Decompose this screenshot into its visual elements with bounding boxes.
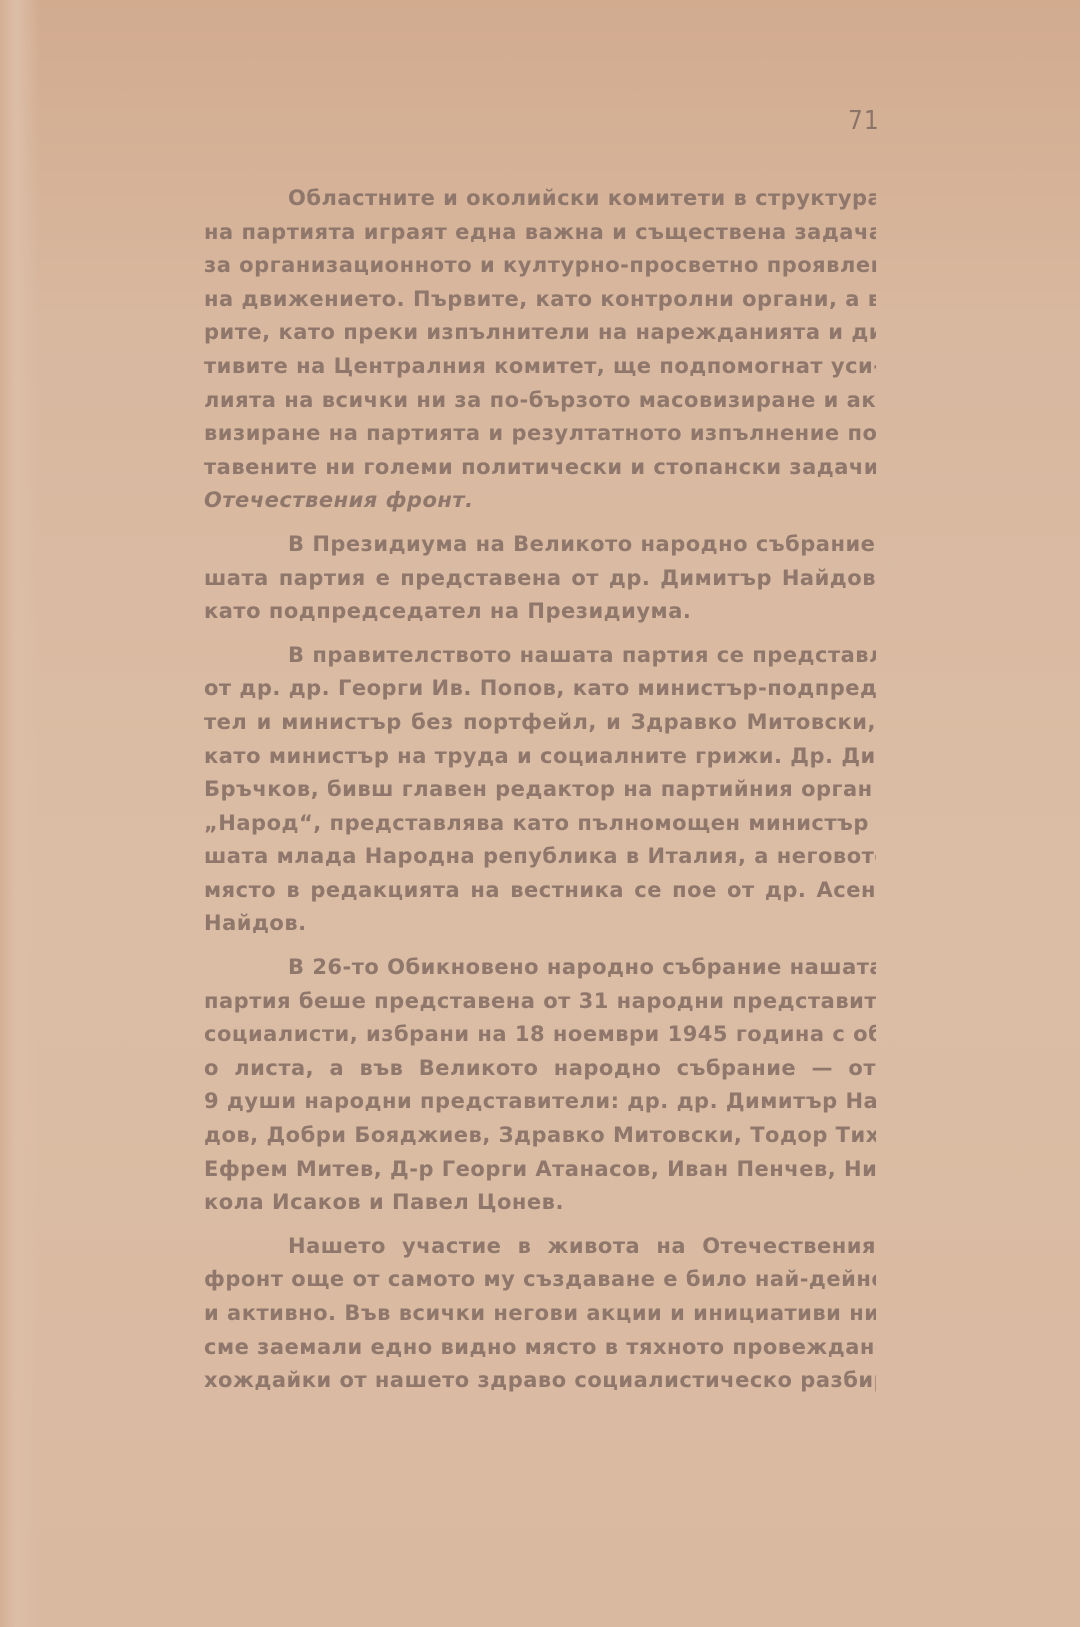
- text-line: на движението. Първите, като контролни о…: [120, 283, 876, 317]
- text-line: като подпредседател на Президиума.: [120, 595, 876, 629]
- text-line: тавените ни големи политически и стопанс…: [120, 451, 876, 485]
- text-line: Найдов.: [120, 907, 876, 941]
- text-line: място в редакцията на вестника се пое от…: [120, 874, 876, 908]
- text-line: дов, Добри Бояджиев, Здравко Митовски, Т…: [120, 1119, 876, 1153]
- text-line: Областните и околийски комитети в структ…: [120, 182, 876, 216]
- text-line: „Народ“, представлява като пълномощен ми…: [120, 807, 876, 841]
- text-line: рите, като преки изпълнители на нареждан…: [120, 316, 876, 350]
- text-line: визиране на партията и резултатното изпъ…: [120, 417, 876, 451]
- text-line: о листа, а във Великото народно събрание…: [120, 1052, 876, 1086]
- text-line: сме заемали едно видно място в тяхното п…: [120, 1331, 876, 1365]
- text-line: за организационното и културно-просветно…: [120, 249, 876, 283]
- text-line: Ефрем Митев, Д-р Георги Атанасов, Иван П…: [120, 1153, 876, 1187]
- paragraph-fatherland-front: Нашето участие в живота на Отечествения …: [120, 1230, 876, 1398]
- text-line: тивите на Централния комитет, ще подпомо…: [120, 350, 876, 384]
- text-line: и активно. Във всички негови акции и ини…: [120, 1297, 876, 1331]
- text-line: шата партия е представена от др. Димитър…: [120, 562, 876, 596]
- text-line: хождайки от нашето здраво социалистическ…: [120, 1364, 876, 1398]
- text-line: партия беше представена от 31 народни пр…: [120, 985, 876, 1019]
- text-line: 9 души народни представители: др. др. Ди…: [120, 1085, 876, 1119]
- text-line-italic: Отечествения фронт.: [120, 484, 876, 518]
- text-line: от др. др. Георги Ив. Попов, като минист…: [120, 672, 876, 706]
- text-line: на партията играят една важна и съществе…: [120, 216, 876, 250]
- text-line: В Президиума на Великото народно събрани…: [120, 528, 876, 562]
- text-line: В правителството нашата партия се предст…: [120, 639, 876, 673]
- page-number: 71: [848, 106, 880, 136]
- page-edge-shadow: [0, 0, 40, 1627]
- text-line: шата млада Народна република в Италия, а…: [120, 840, 876, 874]
- paragraph-national-assembly: В 26-то Обикновено народно събрание наша…: [120, 951, 876, 1220]
- text-line: В 26-то Обикновено народно събрание наша…: [120, 951, 876, 985]
- text-line: социалисти, избрани на 18 ноември 1945 г…: [120, 1018, 876, 1052]
- text-line: фронт още от самото му създаване е било …: [120, 1263, 876, 1297]
- document-body: Областните и околийски комитети в структ…: [120, 182, 876, 1408]
- text-line: лията на всички ни за по-бързото масовиз…: [120, 384, 876, 418]
- paragraph-presidium: В Президиума на Великото народно събрани…: [120, 528, 876, 629]
- text-line: Бръчков, бивш главен редактор на партийн…: [120, 773, 876, 807]
- text-line: като министър на труда и социалните гриж…: [120, 740, 876, 774]
- text-line: Нашето участие в живота на Отечествения: [120, 1230, 876, 1264]
- text-line: тел и министър без портфейл, и Здравко М…: [120, 706, 876, 740]
- paragraph-regional-committees: Областните и околийски комитети в структ…: [120, 182, 876, 518]
- paragraph-government: В правителството нашата партия се предст…: [120, 639, 876, 941]
- text-line: кола Исаков и Павел Цонев.: [120, 1186, 876, 1220]
